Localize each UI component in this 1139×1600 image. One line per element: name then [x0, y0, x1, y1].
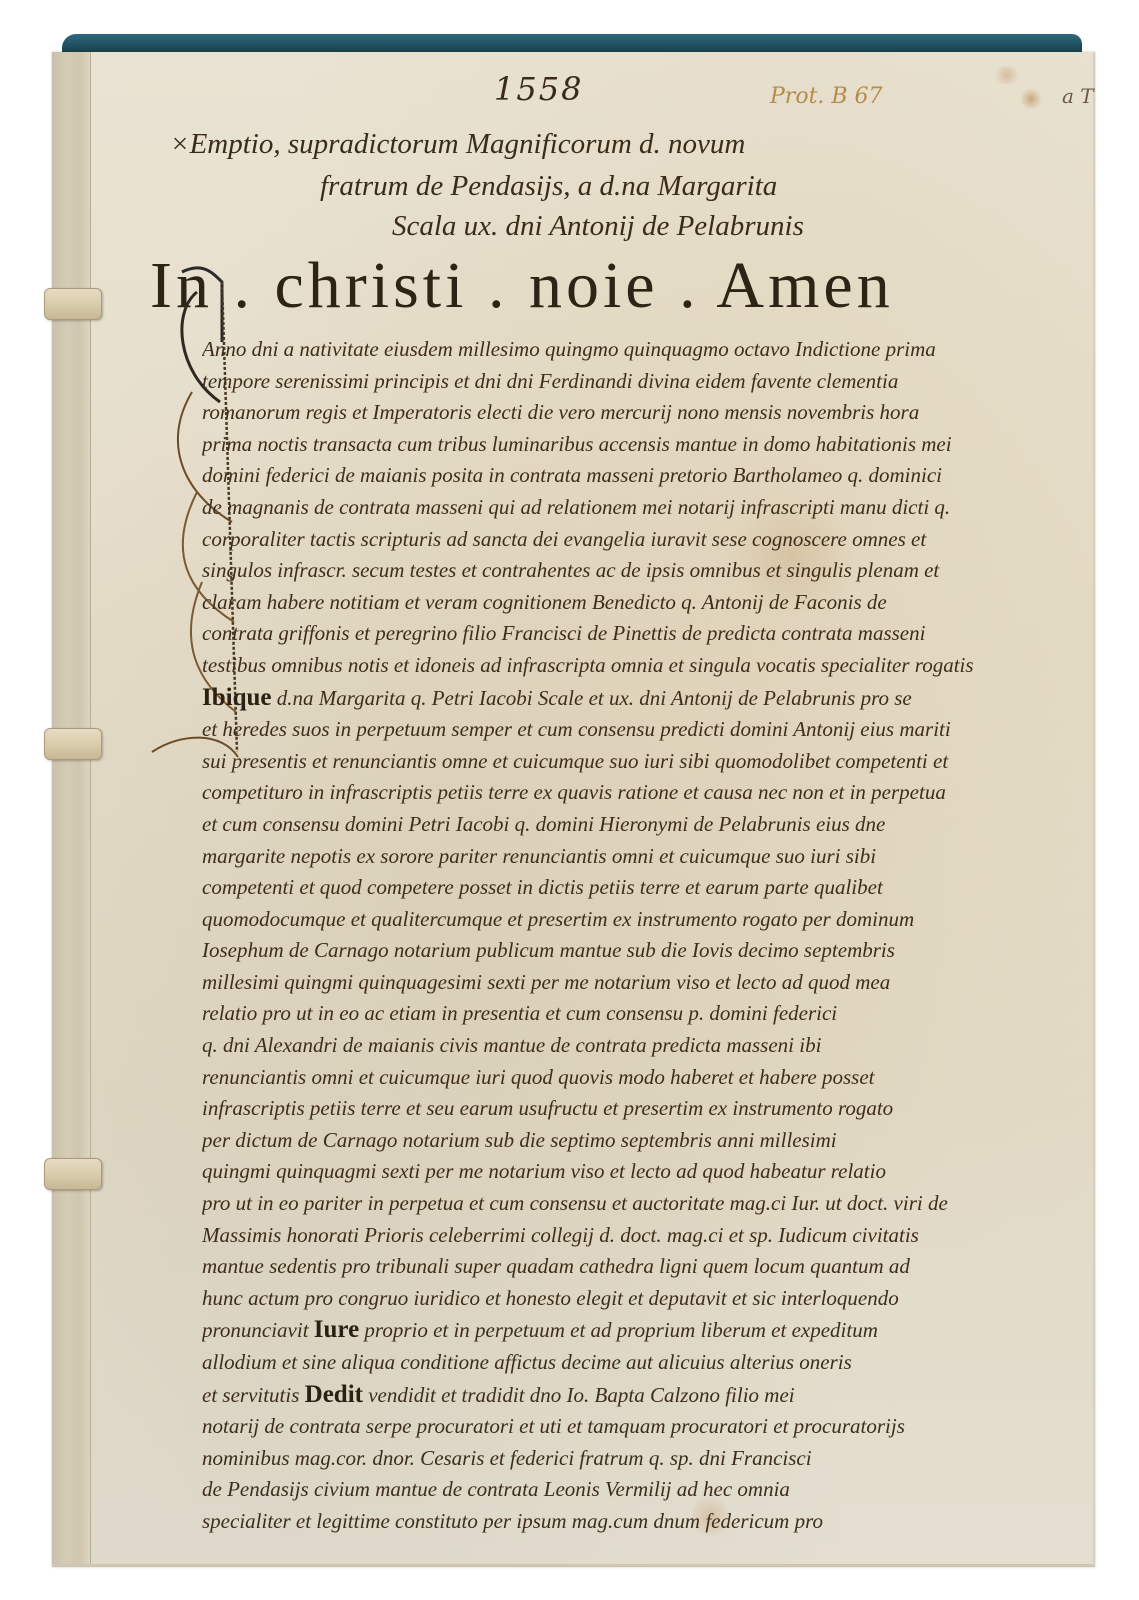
- body-line: testibus omnibus notis et idoneis ad inf…: [202, 650, 1062, 682]
- binding-tab-middle: [44, 728, 102, 760]
- body-line: notarij de contrata serpe procuratori et…: [202, 1411, 1062, 1443]
- body-line: specialiter et legittime constituto per …: [202, 1506, 1062, 1538]
- body-line: domini federici de maianis posita in con…: [202, 460, 1062, 492]
- body-line: et cum consensu domini Petri Iacobi q. d…: [202, 809, 1062, 841]
- body-line: competituro in infrascriptis petiis terr…: [202, 777, 1062, 809]
- body-line: relatio pro ut in eo ac etiam in present…: [202, 998, 1062, 1030]
- manuscript-body: Anno dni a nativitate eiusdem millesimo …: [202, 334, 1062, 1538]
- body-line: corporaliter tactis scripturis ad sancta…: [202, 524, 1062, 556]
- binding-tab-top: [44, 288, 102, 320]
- body-line: singulos infrascr. secum testes et contr…: [202, 555, 1062, 587]
- manuscript-page: 1558 Prot. B 67 a T ×Emptio, supradictor…: [52, 52, 1095, 1567]
- body-line: et servitutis Dedit vendidit et tradidit…: [202, 1379, 1062, 1412]
- body-line: sui presentis et renunciantis omne et cu…: [202, 746, 1062, 778]
- title-line-1: ×Emptio, supradictorum Magnificorum d. n…: [170, 128, 745, 161]
- body-line: margarite nepotis ex sorore pariter renu…: [202, 841, 1062, 873]
- body-line: tempore serenissimi principis et dni dni…: [202, 366, 1062, 398]
- body-line: Ibique d.na Margarita q. Petri Iacobi Sc…: [202, 682, 1062, 715]
- body-line: prima noctis transacta cum tribus lumina…: [202, 429, 1062, 461]
- body-line: Anno dni a nativitate eiusdem millesimo …: [202, 334, 1062, 366]
- body-line: claram habere notitiam et veram cognitio…: [202, 587, 1062, 619]
- archive-note-suffix: a T: [1062, 84, 1094, 108]
- archive-shelfmark-note: Prot. B 67: [770, 84, 883, 109]
- body-line: de magnanis de contrata masseni qui ad r…: [202, 492, 1062, 524]
- body-line: romanorum regis et Imperatoris electi di…: [202, 397, 1062, 429]
- stain: [1020, 88, 1042, 110]
- year-header: 1558: [494, 70, 583, 108]
- invocation-heading: In . christi . noie . Amen: [150, 248, 894, 324]
- stain: [992, 66, 1022, 84]
- body-line: hunc actum pro congruo iuridico et hones…: [202, 1283, 1062, 1315]
- binding-spine: [52, 52, 91, 1564]
- body-line: per dictum de Carnago notarium sub die s…: [202, 1125, 1062, 1157]
- body-line: mantue sedentis pro tribunali super quad…: [202, 1251, 1062, 1283]
- body-line: et heredes suos in perpetuum semper et c…: [202, 714, 1062, 746]
- body-line: contrata griffonis et peregrino filio Fr…: [202, 618, 1062, 650]
- emphasized-word: Dedit: [305, 1381, 363, 1408]
- body-line: Massimis honorati Prioris celeberrimi co…: [202, 1220, 1062, 1252]
- body-line: renunciantis omni et cuicumque iuri quod…: [202, 1062, 1062, 1094]
- emphasized-word: Iure: [314, 1316, 359, 1343]
- body-line: pro ut in eo pariter in perpetua et cum …: [202, 1188, 1062, 1220]
- title-line-3: Scala ux. dni Antonij de Pelabrunis: [392, 210, 804, 243]
- body-line: pronunciavit Iure proprio et in perpetuu…: [202, 1314, 1062, 1347]
- body-line: Iosephum de Carnago notarium publicum ma…: [202, 935, 1062, 967]
- title-line-2: fratrum de Pendasijs, a d.na Margarita: [320, 170, 777, 203]
- body-line: infrascriptis petiis terre et seu earum …: [202, 1093, 1062, 1125]
- body-line: de Pendasijs civium mantue de contrata L…: [202, 1474, 1062, 1506]
- body-line: millesimi quingmi quinquagesimi sexti pe…: [202, 967, 1062, 999]
- body-line: allodium et sine aliqua conditione affic…: [202, 1347, 1062, 1379]
- body-line: quomodocumque et qualitercumque et prese…: [202, 904, 1062, 936]
- binding-tab-bottom: [44, 1158, 102, 1190]
- body-line: quingmi quinquagmi sexti per me notarium…: [202, 1156, 1062, 1188]
- emphasized-word: Ibique: [202, 684, 271, 711]
- body-line: q. dni Alexandri de maianis civis mantue…: [202, 1030, 1062, 1062]
- body-line: competenti et quod competere posset in d…: [202, 872, 1062, 904]
- body-line: nominibus mag.cor. dnor. Cesaris et fede…: [202, 1443, 1062, 1475]
